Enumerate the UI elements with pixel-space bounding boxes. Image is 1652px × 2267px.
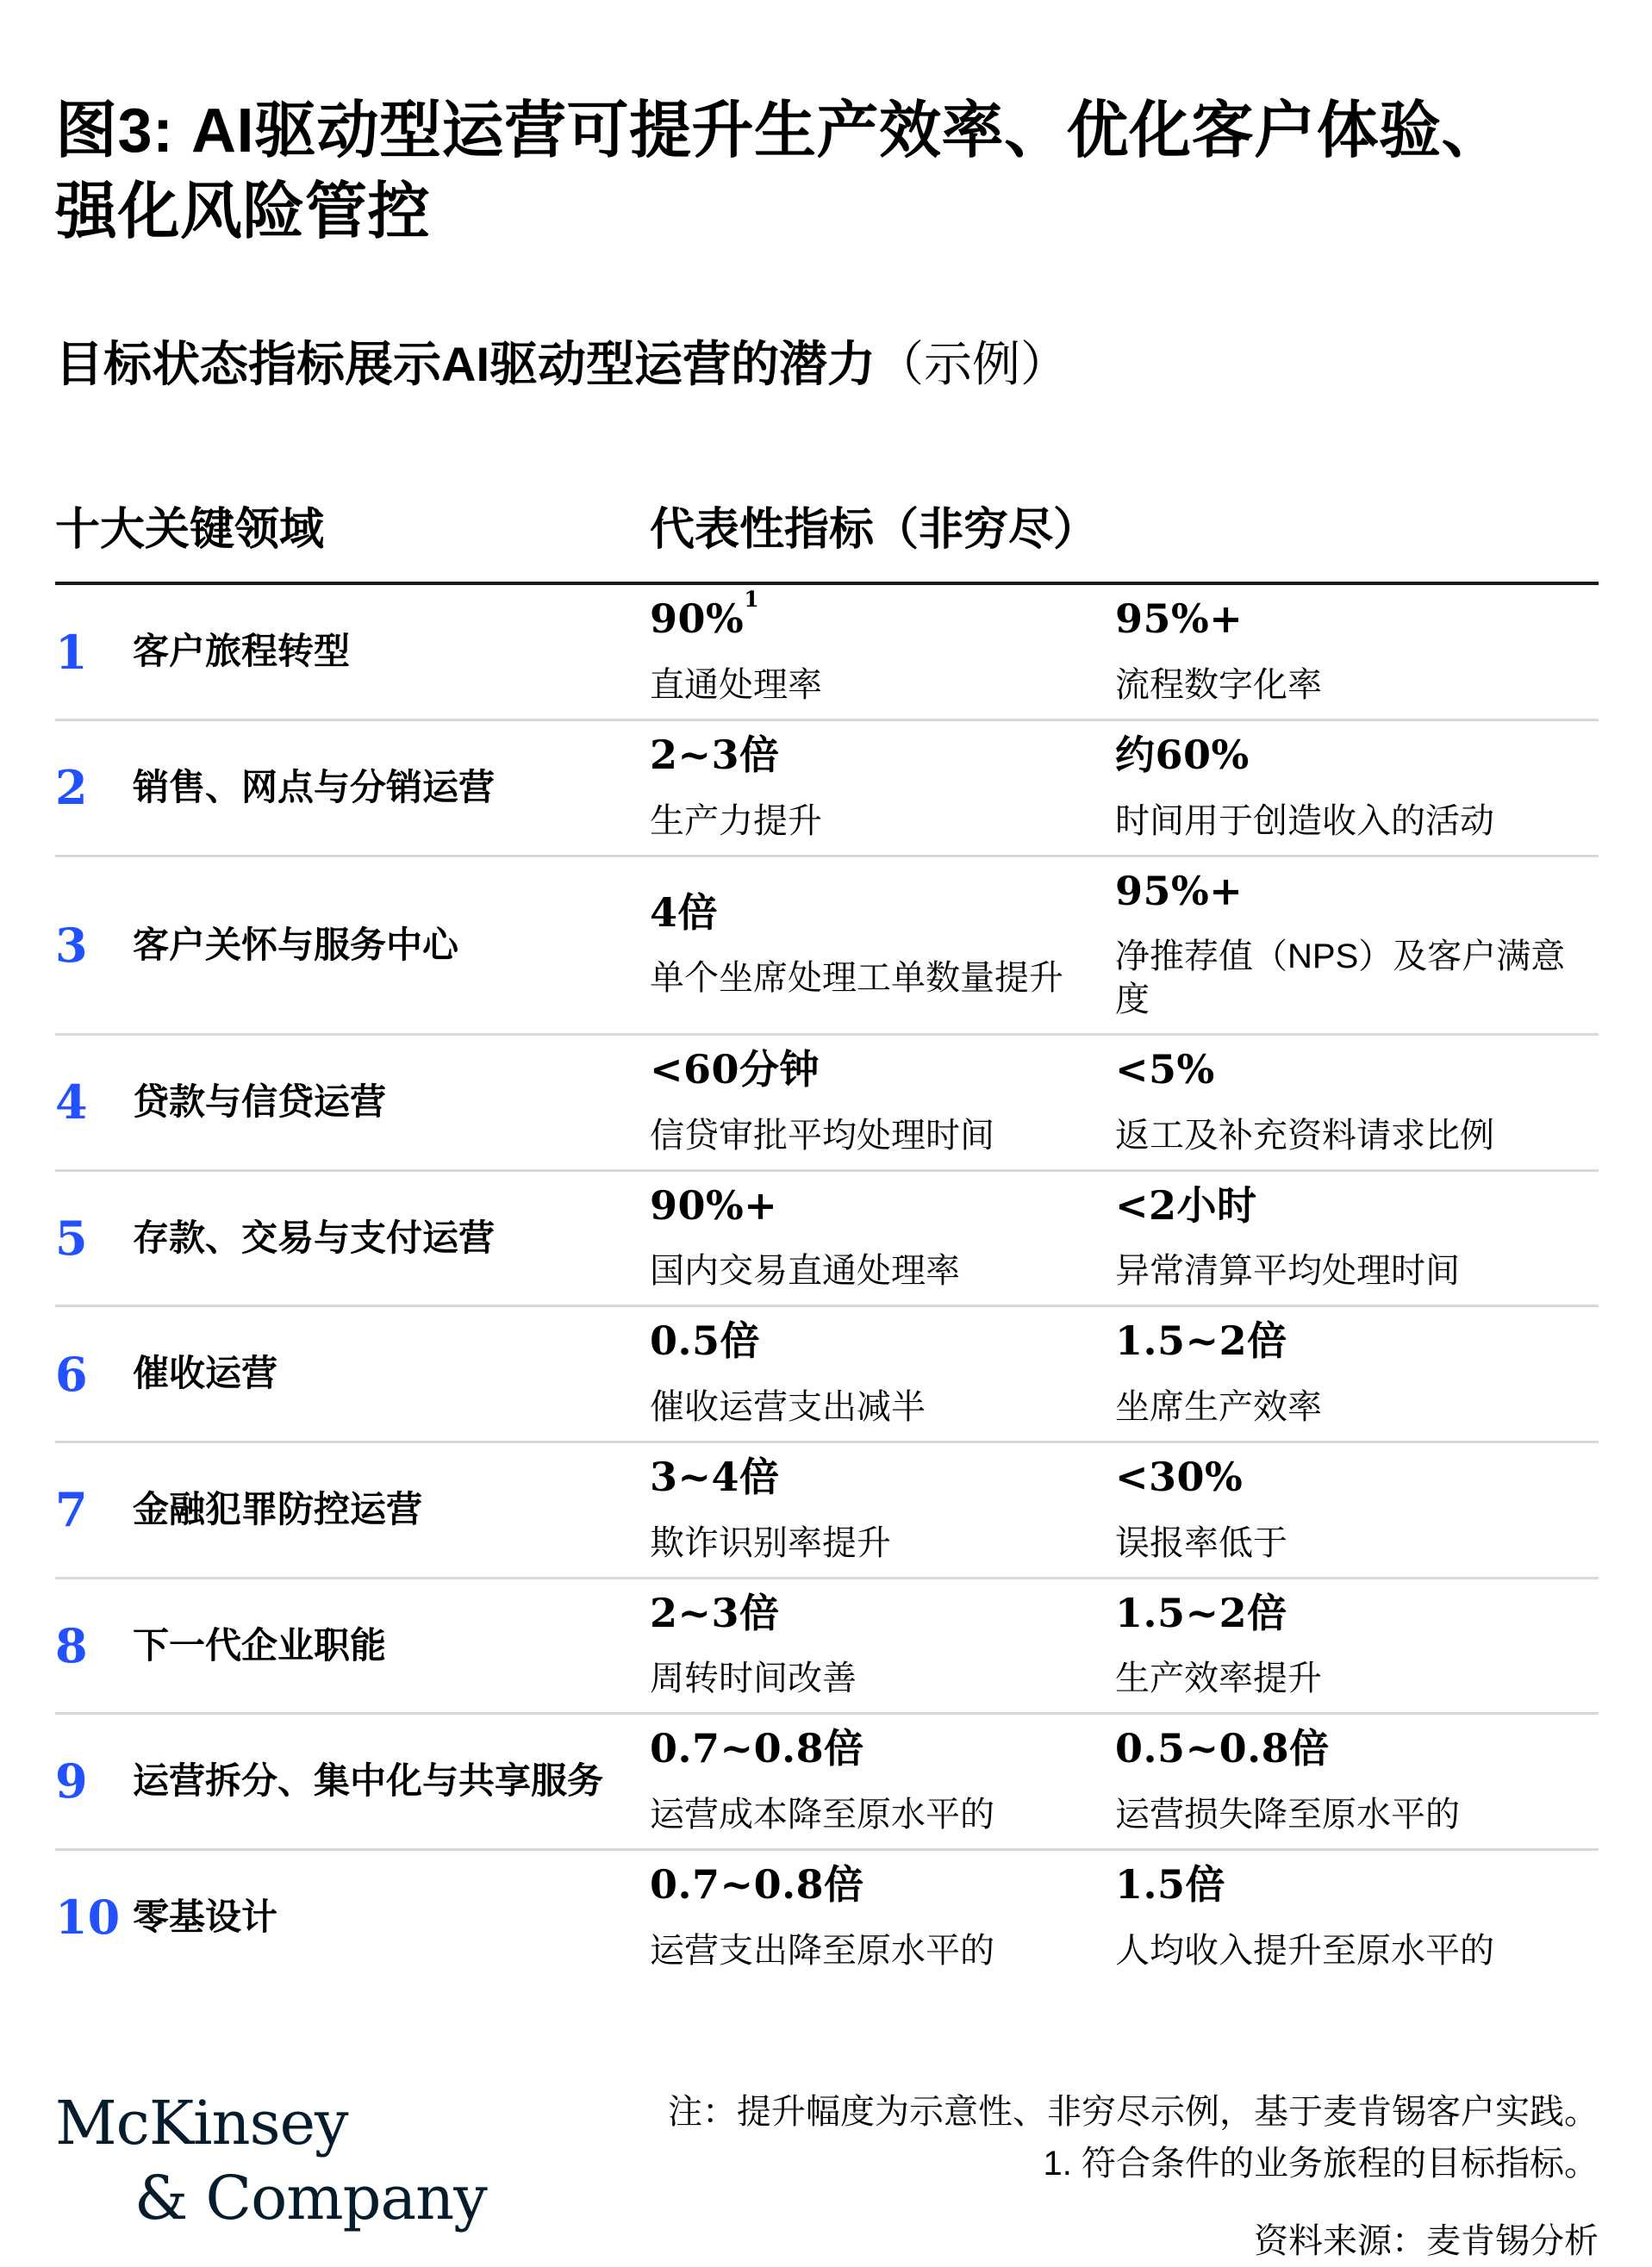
metric-2: 95%+ 流程数字化率 — [1115, 585, 1599, 719]
metric-1-label: 信贷审批平均处理时间 — [650, 1114, 1098, 1157]
metric-1-value-text: 0.5倍 — [650, 1317, 760, 1364]
subtitle-main: 目标状态指标展示AI驱动型运营的潜力 — [55, 337, 876, 391]
table-row: 3 客户关怀与服务中心 4倍 单个坐席处理工单数量提升 95%+ 净推荐值（NP… — [55, 857, 1599, 1037]
table-row: 4 贷款与信贷运营 <60分钟 信贷审批平均处理时间 <5% 返工及补充资料请求… — [55, 1036, 1599, 1172]
metric-1: 90%1 直通处理率 — [650, 585, 1115, 719]
metric-1: 4倍 单个坐席处理工单数量提升 — [650, 879, 1115, 1012]
figure-subtitle: 目标状态指标展示AI驱动型运营的潜力（示例） — [55, 335, 1599, 393]
figure-title: 图3: AI驱动型运营可提升生产效率、优化客户体验、 强化风险管控 — [55, 91, 1599, 252]
footnote-general: 注：提升幅度为示意性、非穷尽示例，基于麦肯锡客户实践。 — [668, 2086, 1599, 2138]
metric-1-label: 运营成本降至原水平的 — [650, 1793, 1098, 1836]
metric-2: <5% 返工及补充资料请求比例 — [1115, 1036, 1599, 1169]
metric-1-value: 2~3倍 — [650, 733, 1098, 777]
key-area-label: 运营拆分、集中化与共享服务 — [133, 1758, 650, 1805]
metric-2: 约60% 时间用于创造收入的活动 — [1115, 721, 1599, 855]
key-area-label: 下一代企业职能 — [133, 1622, 650, 1670]
metric-1-value-text: 2~3倍 — [650, 1590, 780, 1636]
row-number: 1 — [55, 629, 133, 676]
metric-1: <60分钟 信贷审批平均处理时间 — [650, 1036, 1115, 1169]
metric-2: <30% 误报率低于 — [1115, 1443, 1599, 1577]
metric-2-label: 误报率低于 — [1115, 1522, 1581, 1565]
metric-1-label: 国内交易直通处理率 — [650, 1249, 1098, 1292]
logo-line-2: & Company — [55, 2161, 487, 2237]
footer: McKinsey & Company 注：提升幅度为示意性、非穷尽示例，基于麦肯… — [55, 2086, 1599, 2267]
metric-2-label: 人均收入提升至原水平的 — [1115, 1929, 1581, 1972]
key-area-label: 客户旅程转型 — [133, 628, 650, 676]
metric-1-value-text: 90% — [650, 595, 744, 642]
column-header-indicators: 代表性指标（非穷尽） — [650, 493, 1599, 557]
metric-2-value-text: 95%+ — [1115, 595, 1243, 642]
table-row: 8 下一代企业职能 2~3倍 周转时间改善 1.5~2倍 生产效率提升 — [55, 1579, 1599, 1716]
metric-2: 1.5~2倍 坐席生产效率 — [1115, 1307, 1599, 1441]
table-row: 6 催收运营 0.5倍 催收运营支出减半 1.5~2倍 坐席生产效率 — [55, 1307, 1599, 1443]
metric-2-value-text: <30% — [1115, 1454, 1243, 1500]
footnote-1: 1. 符合条件的业务旅程的目标指标。 — [668, 2138, 1599, 2189]
metric-2-label: 流程数字化率 — [1115, 663, 1581, 707]
key-area-label: 金融犯罪防控运营 — [133, 1486, 650, 1534]
table-row: 5 存款、交易与支付运营 90%+ 国内交易直通处理率 <2小时 异常清算平均处… — [55, 1172, 1599, 1308]
table-row: 7 金融犯罪防控运营 3~4倍 欺诈识别率提升 <30% 误报率低于 — [55, 1443, 1599, 1579]
metric-1-value: <60分钟 — [650, 1048, 1098, 1092]
table-row: 10 零基设计 0.7~0.8倍 运营支出降至原水平的 1.5倍 人均收入提升至… — [55, 1851, 1599, 1984]
metric-1: 2~3倍 周转时间改善 — [650, 1579, 1115, 1713]
metric-1-value: 4倍 — [650, 891, 1098, 935]
metric-1-value-text: <60分钟 — [650, 1046, 820, 1093]
metric-2-label: 异常清算平均处理时间 — [1115, 1249, 1581, 1292]
metric-1-label: 单个坐席处理工单数量提升 — [650, 956, 1098, 1000]
metric-1-value-text: 2~3倍 — [650, 732, 780, 778]
metric-2-value-text: 约60% — [1115, 732, 1250, 778]
metric-1-value-text: 0.7~0.8倍 — [650, 1861, 864, 1908]
table-header-row: 十大关键领域 代表性指标（非穷尽） — [55, 493, 1599, 585]
row-number: 9 — [55, 1758, 133, 1804]
metric-2-label: 坐席生产效率 — [1115, 1386, 1581, 1429]
metric-1-value: 0.7~0.8倍 — [650, 1727, 1098, 1771]
metric-1-value: 0.7~0.8倍 — [650, 1863, 1098, 1907]
key-area-label: 存款、交易与支付运营 — [133, 1215, 650, 1262]
metric-2-label: 时间用于创造收入的活动 — [1115, 800, 1581, 843]
metric-2: 95%+ 净推荐值（NPS）及客户满意度 — [1115, 857, 1599, 1034]
metric-1-value-text: 0.7~0.8倍 — [650, 1725, 864, 1772]
table-row: 9 运营拆分、集中化与共享服务 0.7~0.8倍 运营成本降至原水平的 0.5~… — [55, 1715, 1599, 1851]
table-row: 2 销售、网点与分销运营 2~3倍 生产力提升 约60% 时间用于创造收入的活动 — [55, 721, 1599, 857]
metric-2-value-text: 1.5~2倍 — [1115, 1590, 1287, 1636]
metric-1-label: 运营支出降至原水平的 — [650, 1929, 1098, 1972]
metric-1-label: 催收运营支出减半 — [650, 1386, 1098, 1429]
exhibit-page: 图3: AI驱动型运营可提升生产效率、优化客户体验、 强化风险管控 目标状态指标… — [0, 0, 1652, 2267]
key-area-label: 零基设计 — [133, 1894, 650, 1941]
metric-2-value-text: 1.5~2倍 — [1115, 1317, 1287, 1364]
column-header-key-areas: 十大关键领域 — [55, 493, 650, 557]
metric-1-value: 3~4倍 — [650, 1455, 1098, 1499]
metric-2-value-text: <2小时 — [1115, 1182, 1257, 1229]
key-area-label: 贷款与信贷运营 — [133, 1079, 650, 1126]
metric-2: 1.5~2倍 生产效率提升 — [1115, 1579, 1599, 1713]
metric-2-label: 返工及补充资料请求比例 — [1115, 1114, 1581, 1157]
metric-2: <2小时 异常清算平均处理时间 — [1115, 1172, 1599, 1305]
metric-2: 1.5倍 人均收入提升至原水平的 — [1115, 1851, 1599, 1984]
metric-2-label: 生产效率提升 — [1115, 1657, 1581, 1700]
row-number: 10 — [55, 1894, 133, 1940]
metric-2-value-text: 95%+ — [1115, 868, 1243, 914]
metric-1: 3~4倍 欺诈识别率提升 — [650, 1443, 1115, 1577]
source-line: 资料来源：麦肯锡分析 — [668, 2215, 1599, 2267]
metric-1-label: 欺诈识别率提升 — [650, 1522, 1098, 1565]
metric-1-value-text: 3~4倍 — [650, 1454, 780, 1500]
metric-1-label: 生产力提升 — [650, 800, 1098, 843]
metric-2-value: 95%+ — [1115, 869, 1581, 913]
metric-2-value: 1.5~2倍 — [1115, 1319, 1581, 1363]
metric-1-value: 2~3倍 — [650, 1591, 1098, 1635]
metric-2: 0.5~0.8倍 运营损失降至原水平的 — [1115, 1715, 1599, 1848]
metric-2-label: 净推荐值（NPS）及客户满意度 — [1115, 935, 1581, 1021]
metric-1: 0.7~0.8倍 运营支出降至原水平的 — [650, 1851, 1115, 1984]
row-number: 6 — [55, 1351, 133, 1398]
row-number: 2 — [55, 764, 133, 811]
metric-2-value: 95%+ — [1115, 597, 1581, 641]
metric-1-value: 90%1 — [650, 597, 1098, 641]
metric-2-value-text: <5% — [1115, 1046, 1215, 1093]
metric-2-value: 1.5倍 — [1115, 1863, 1581, 1907]
metric-1: 0.7~0.8倍 运营成本降至原水平的 — [650, 1715, 1115, 1848]
metric-2-value: 约60% — [1115, 733, 1581, 777]
mckinsey-logo: McKinsey & Company — [55, 2086, 487, 2237]
key-area-label: 客户关怀与服务中心 — [133, 922, 650, 969]
row-number: 7 — [55, 1486, 133, 1533]
logo-line-1: McKinsey — [55, 2088, 348, 2158]
metric-2-value: 1.5~2倍 — [1115, 1591, 1581, 1635]
metric-1-value-text: 4倍 — [650, 889, 718, 936]
row-number: 8 — [55, 1622, 133, 1669]
metric-1-value-text: 90%+ — [650, 1182, 777, 1229]
metric-1: 90%+ 国内交易直通处理率 — [650, 1172, 1115, 1305]
metric-2-value-text: 1.5倍 — [1115, 1861, 1225, 1908]
row-number: 3 — [55, 922, 133, 968]
metric-2-value-text: 0.5~0.8倍 — [1115, 1725, 1330, 1772]
metric-1-label: 直通处理率 — [650, 663, 1098, 707]
metric-1-label: 周转时间改善 — [650, 1657, 1098, 1700]
table-row: 1 客户旅程转型 90%1 直通处理率 95%+ 流程数字化率 — [55, 585, 1599, 721]
metric-2-value: 0.5~0.8倍 — [1115, 1727, 1581, 1771]
metric-1: 2~3倍 生产力提升 — [650, 721, 1115, 855]
metric-1-value: 0.5倍 — [650, 1319, 1098, 1363]
table-body: 1 客户旅程转型 90%1 直通处理率 95%+ 流程数字化率 2 销售、网点与… — [55, 585, 1599, 1984]
metric-1: 0.5倍 催收运营支出减半 — [650, 1307, 1115, 1441]
metric-1-footnote-marker: 1 — [744, 586, 759, 612]
footnotes: 注：提升幅度为示意性、非穷尽示例，基于麦肯锡客户实践。 1. 符合条件的业务旅程… — [668, 2086, 1599, 2267]
subtitle-qualifier: （示例） — [876, 337, 1069, 391]
metric-1-value: 90%+ — [650, 1184, 1098, 1228]
row-number: 4 — [55, 1079, 133, 1125]
metric-2-label: 运营损失降至原水平的 — [1115, 1793, 1581, 1836]
metric-2-value: <5% — [1115, 1048, 1581, 1092]
metric-2-value: <30% — [1115, 1455, 1581, 1499]
row-number: 5 — [55, 1215, 133, 1261]
key-area-label: 催收运营 — [133, 1350, 650, 1398]
metric-2-value: <2小时 — [1115, 1184, 1581, 1228]
key-area-label: 销售、网点与分销运营 — [133, 764, 650, 812]
